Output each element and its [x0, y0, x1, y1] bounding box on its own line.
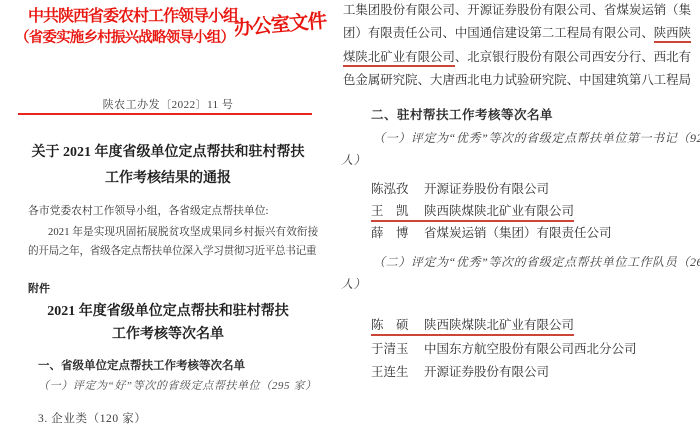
body-paragraph-line2: 的开局之年，省级各定点帮扶单位深入学习贯彻习近平总书记重 — [28, 243, 316, 258]
attachment-label: 附件 — [28, 280, 50, 296]
document-title: 关于 2021 年度省级单位定点帮扶和驻村帮扶 工作考核结果的通报 — [0, 140, 336, 192]
page-right: 工集团股份有限公司、开源证券股份有限公司、省煤炭运销（集 团）有限责任公司、中国… — [340, 0, 700, 436]
person-name: 陈 硕 — [371, 315, 411, 333]
official-document-scan: 中共陕西省委农村工作领导小组 （省委实施乡村振兴战略领导小组） 办公室文件 陕农… — [0, 0, 700, 436]
red-letterhead-org-line2: （省委实施乡村振兴战略领导小组） — [15, 26, 234, 47]
person-name: 于清玉 — [371, 339, 411, 357]
paragraph-line2-text: 团）有限责任公司、中国通信建设第二工程局有限公司、 — [343, 26, 654, 40]
team-member-row: 于清玉中国东方航空股份有限公司西北分公司 — [371, 339, 637, 357]
paragraph-line2: 团）有限责任公司、中国通信建设第二工程局有限公司、陕西陕 — [343, 22, 691, 45]
person-name: 陈泓孜 — [371, 179, 411, 197]
first-secretary-row: 陈泓孜开源证券股份有限公司 — [371, 179, 549, 197]
document-title-line1: 关于 2021 年度省级单位定点帮扶和驻村帮扶 — [32, 145, 305, 160]
paragraph-line3: 煤陕北矿业有限公司、北京银行股份有限公司西安分行、西北有 — [343, 46, 691, 69]
person-name: 薛 博 — [371, 223, 411, 241]
attachment-title-line2: 工作考核等次名单 — [112, 327, 224, 342]
salutation: 各市党委农村工作领导小组，各省级定点帮扶单位: — [28, 203, 269, 218]
person-company: 陕西陕煤陕北矿业有限公司 — [424, 318, 574, 332]
document-number: 陕农工办发〔2022〕11 号 — [0, 96, 336, 112]
underlined-company-part2: 煤陕北矿业有限公司 — [343, 50, 455, 67]
red-letterhead-org-line1: 中共陕西省委农村工作领导小组 — [28, 3, 238, 26]
section1-heading: 一、省级单位定点帮扶工作考核等次名单 — [38, 357, 245, 373]
section1-sub-enterprises: 3. 企业类（120 家） — [38, 410, 146, 426]
person-company: 开源证券股份有限公司 — [424, 365, 549, 379]
section2-heading: 二、驻村帮扶工作考核等次名单 — [371, 105, 553, 123]
item-a-first-secretaries-line1: （一）评定为“优秀”等次的省级定点帮扶单位第一书记（92 — [373, 129, 700, 146]
item-b-team-members-line2: 人） — [341, 275, 366, 292]
first-secretary-row-highlighted: 王 凯陕西陕煤陕北矿业有限公司 — [371, 201, 574, 219]
red-letterhead-office-suffix: 办公室文件 — [233, 5, 328, 41]
person-name: 王连生 — [371, 362, 411, 380]
item-b-team-members-line1: （二）评定为“优秀”等次的省级定点帮扶单位工作队员（269 — [373, 253, 700, 270]
section1-item-good-units: （一）评定为“好”等次的省级定点帮扶单位（295 家） — [38, 377, 317, 393]
first-secretary-row: 薛 博省煤炭运销（集团）有限责任公司 — [371, 223, 612, 241]
paragraph-line1: 工集团股份有限公司、开源证券股份有限公司、省煤炭运销（集 — [343, 0, 691, 22]
page-left: 中共陕西省委农村工作领导小组 （省委实施乡村振兴战略领导小组） 办公室文件 陕农… — [0, 0, 336, 436]
underlined-company-part1: 陕西陕 — [654, 26, 691, 43]
person-company: 中国东方航空股份有限公司西北分公司 — [424, 342, 637, 356]
paragraph-line4: 色金属研究院、大唐西北电力试验研究院、中国建筑第八工程局 — [343, 69, 691, 92]
person-company: 开源证券股份有限公司 — [424, 182, 549, 196]
document-title-line2: 工作考核结果的通报 — [105, 171, 231, 186]
team-member-row: 王连生开源证券股份有限公司 — [371, 362, 549, 380]
red-divider-rule — [18, 113, 312, 115]
person-company: 省煤炭运销（集团）有限责任公司 — [424, 226, 612, 240]
attachment-title: 2021 年度省级单位定点帮扶和驻村帮扶 工作考核等次名单 — [0, 300, 336, 346]
item-a-first-secretaries-line2: 人） — [341, 151, 366, 168]
person-name: 王 凯 — [371, 201, 411, 219]
continued-paragraph: 工集团股份有限公司、开源证券股份有限公司、省煤炭运销（集 团）有限责任公司、中国… — [343, 0, 691, 93]
person-company: 陕西陕煤陕北矿业有限公司 — [424, 204, 574, 218]
team-member-row-highlighted: 陈 硕陕西陕煤陕北矿业有限公司 — [371, 315, 574, 333]
paragraph-line3-text: 、北京银行股份有限公司西安分行、西北有 — [455, 50, 691, 64]
attachment-title-line1: 2021 年度省级单位定点帮扶和驻村帮扶 — [47, 304, 289, 319]
body-paragraph-line1: 2021 年是实现巩固拓展脱贫攻坚成果同乡村振兴有效衔接 — [48, 224, 318, 239]
